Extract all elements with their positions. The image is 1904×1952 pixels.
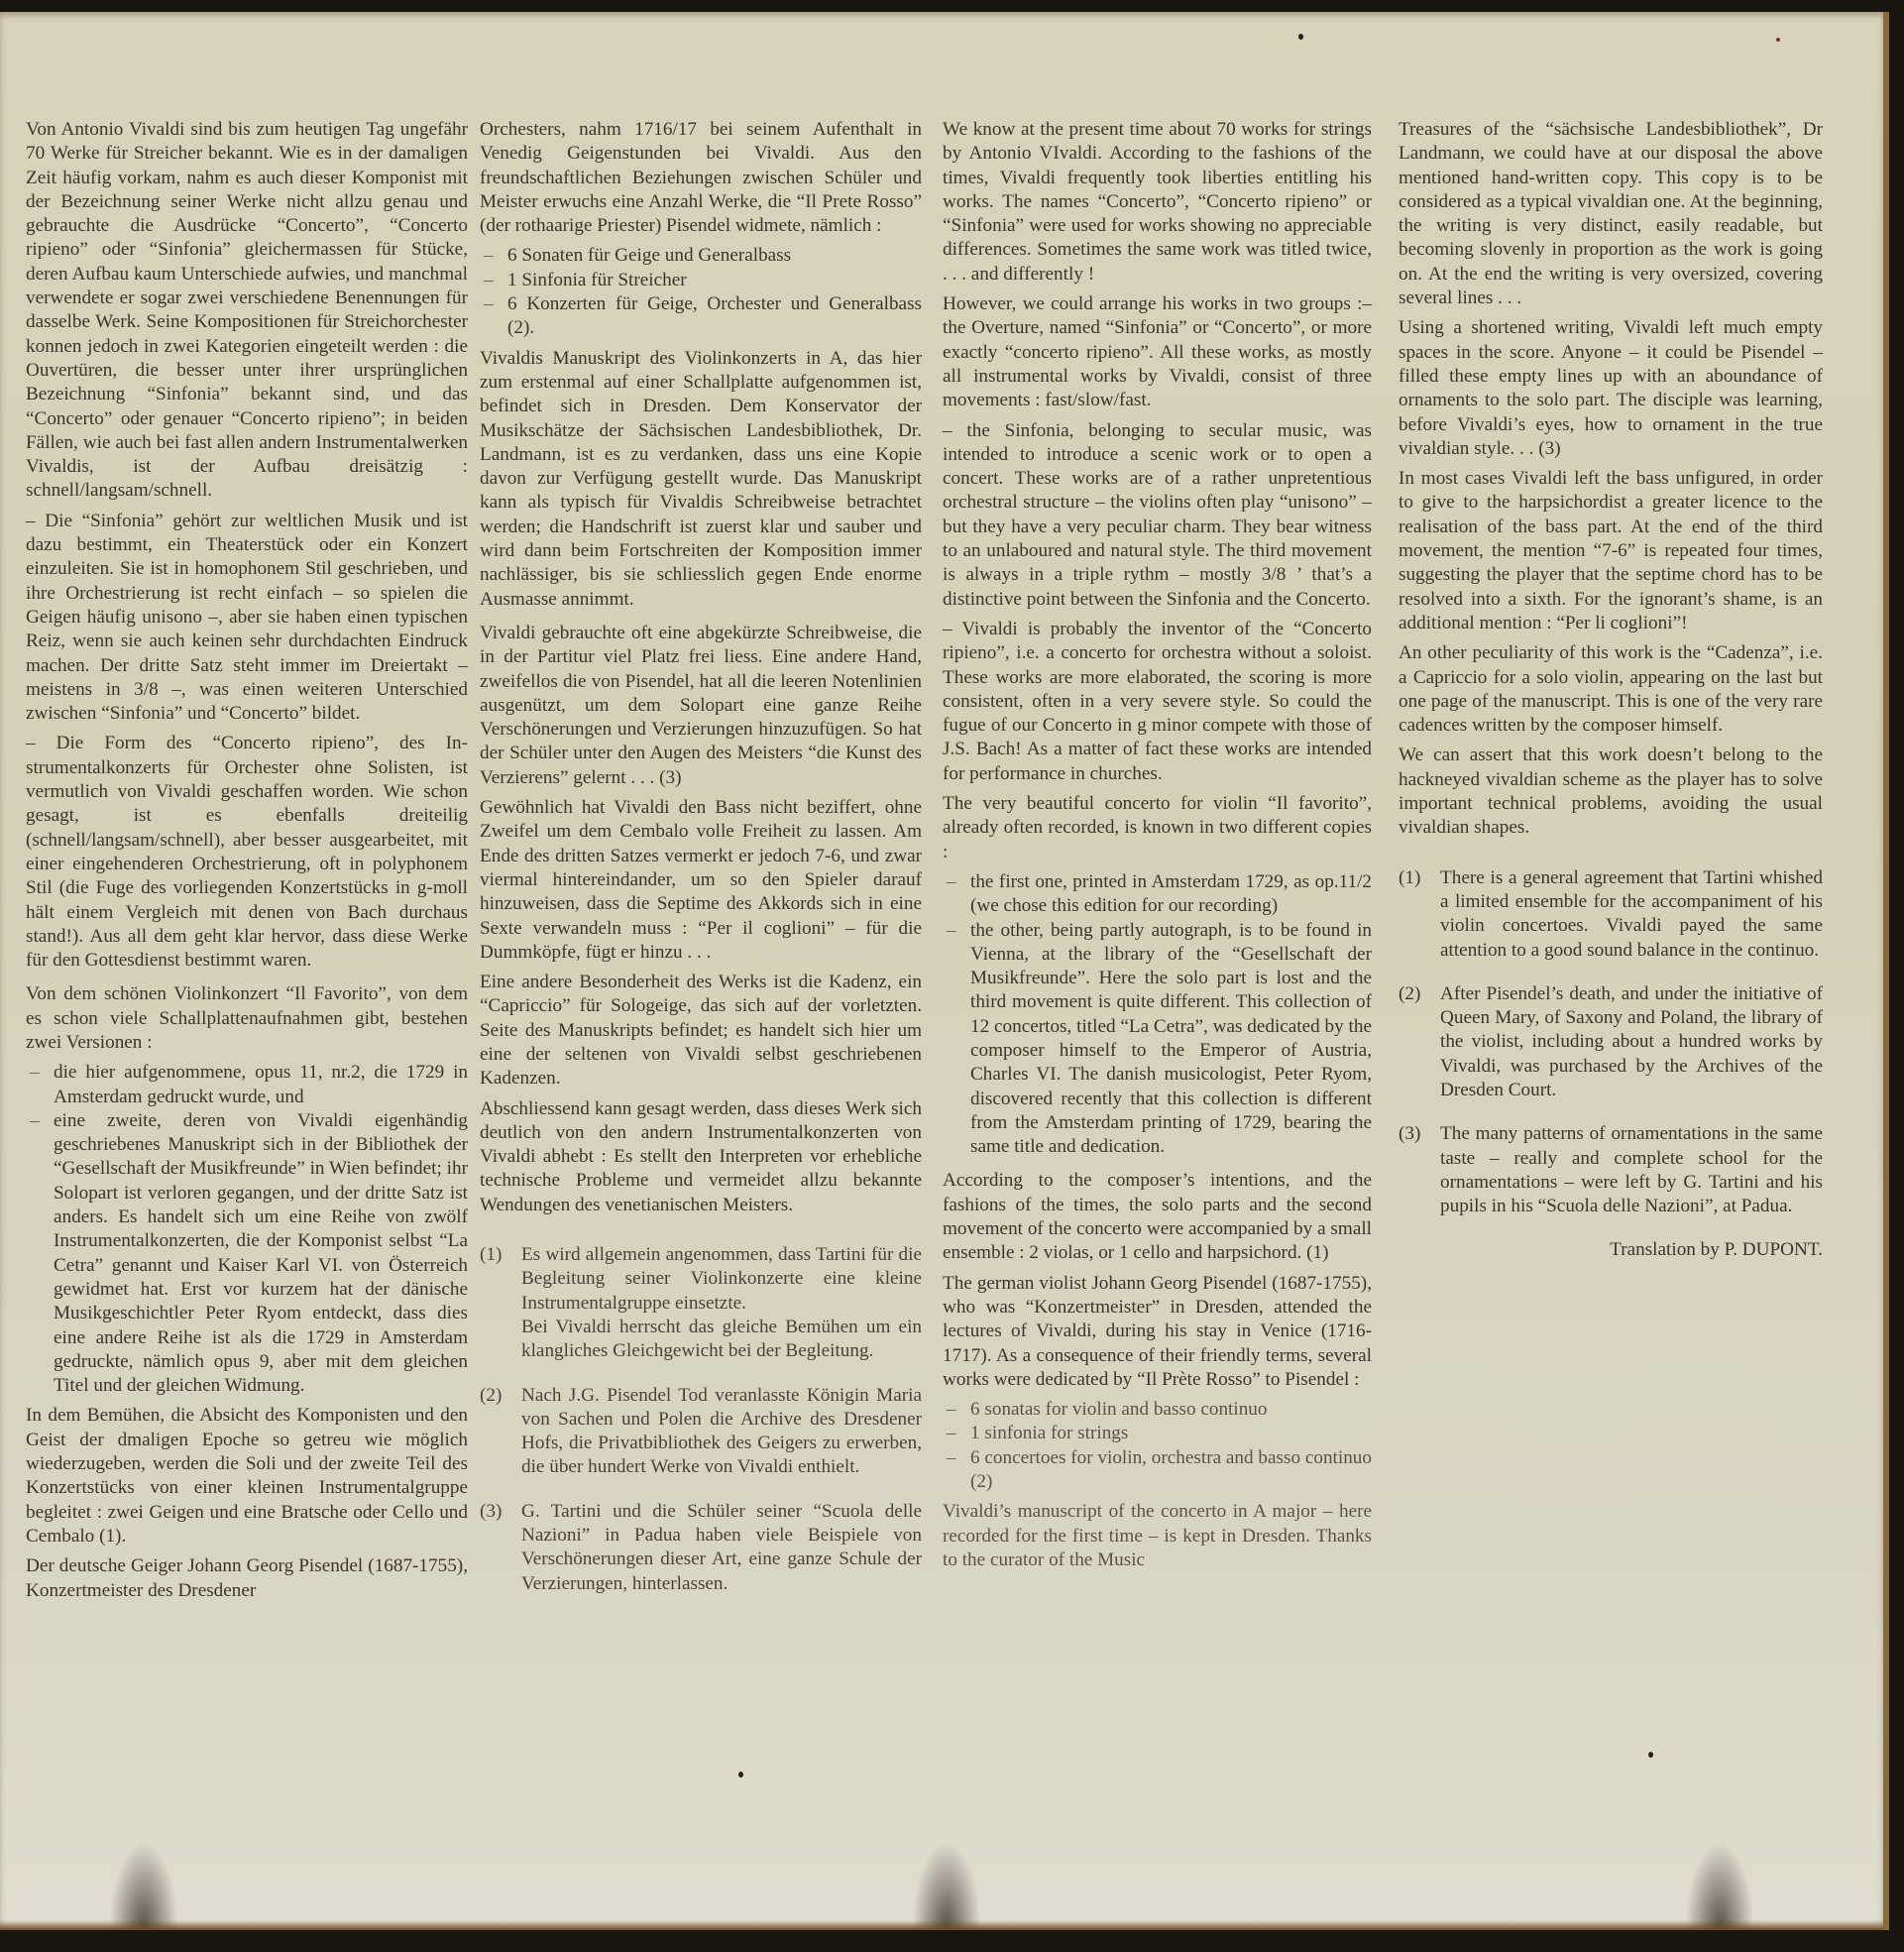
- footnote-text: Bei Vivaldi herrscht das gleiche Bemühen…: [521, 1317, 922, 1361]
- paragraph: Von Antonio Vivaldi sind bis zum heutige…: [26, 118, 468, 504]
- paragraph: We can assert that this work doesn’t bel…: [1399, 744, 1823, 840]
- copies-list: the first one, printed in Amsterdam 1729…: [943, 870, 1372, 1160]
- list-item: 1 Sinfonia für Streicher: [480, 269, 922, 292]
- list-item: 6 sonatas for violin and basso continuo: [943, 1398, 1372, 1422]
- paragraph: Orchesters, nahm 1716/17 bei seinem Aufe…: [480, 118, 922, 238]
- footnote-number: (3): [480, 1500, 521, 1596]
- list-item: eine zweite, deren von Vivaldi eigenhänd…: [26, 1109, 468, 1399]
- paragraph: The german violist Johann Georg Pisendel…: [943, 1272, 1372, 1392]
- list-item: 6 Konzerten für Geige, Orchester und Gen…: [480, 292, 922, 341]
- footnote-text: Es wird allgemein angenommen, dass Tarti…: [521, 1244, 922, 1314]
- paragraph: Using a shortened writing, Vivaldi left …: [1399, 316, 1823, 461]
- list-item: 1 sinfonia for strings: [943, 1422, 1372, 1445]
- footnote: (1) Es wird allgemein angenommen, dass T…: [480, 1243, 922, 1363]
- paragraph: Eine andere Besonderheit des Werks ist d…: [480, 971, 922, 1091]
- column-english-2: Treasures of the “sächsische Landesbibli…: [1399, 118, 1823, 1263]
- paragraph: Treasures of the “sächsische Landesbibli…: [1399, 118, 1823, 310]
- footnotes-german: (1) Es wird allgemein angenommen, dass T…: [480, 1243, 922, 1596]
- paragraph: According to the composer’s intentions, …: [943, 1169, 1372, 1265]
- list-item: 6 Sonaten für Geige und Generalbass: [480, 244, 922, 268]
- column-english-1: We know at the present time about 70 wor…: [943, 118, 1372, 1578]
- footnote-text: The many patterns of ornamentations in t…: [1440, 1122, 1823, 1218]
- footnote-text: After Pisendel’s death, and under the in…: [1440, 982, 1823, 1102]
- translation-credit: Translation by P. DUPONT.: [1399, 1238, 1823, 1262]
- column-german-2: Orchesters, nahm 1716/17 bei seinem Aufe…: [480, 118, 922, 1616]
- footnote: (2) After Pisendel’s death, and under th…: [1399, 982, 1823, 1102]
- paragraph: – Die Form des “Concerto ripieno”, des I…: [26, 732, 468, 973]
- liner-notes-page: Von Antonio Vivaldi sind bis zum heutige…: [0, 12, 1889, 1930]
- footnote-number: (1): [1399, 866, 1440, 963]
- speck-mark: [1648, 1752, 1653, 1758]
- paragraph: Gewöhnlich hat Vivaldi den Bass nicht be…: [480, 796, 922, 965]
- paragraph: – the Sinfonia, belonging to secular mus…: [943, 419, 1372, 612]
- paragraph: Vivaldi gebrauchte oft eine abgekürzte S…: [480, 622, 922, 790]
- footnote-text: There is a general agreement that Tartin…: [1440, 866, 1823, 963]
- footnote: (1) There is a general agreement that Ta…: [1399, 866, 1823, 963]
- paragraph: In most cases Vivaldi left the bass unfi…: [1399, 467, 1823, 635]
- footnote: (3) G. Tartini und die Schüler seiner “S…: [480, 1500, 922, 1596]
- list-item: the other, being partly autograph, is to…: [943, 919, 1372, 1160]
- list-item: the first one, printed in Amsterdam 1729…: [943, 870, 1372, 919]
- footnote-text: Nach J.G. Pisendel Tod veranlasste Köni­…: [521, 1384, 922, 1480]
- works-list: 6 sonatas for violin and basso continuo …: [943, 1398, 1372, 1494]
- footnote-text: G. Tartini und die Schüler seiner “Scuol…: [521, 1500, 922, 1596]
- paragraph: An other peculiarity of this work is the…: [1399, 641, 1823, 738]
- speck-mark: [1776, 38, 1780, 42]
- footnote-number: (1): [480, 1243, 521, 1363]
- footnote: (2) Nach J.G. Pisendel Tod veranlasste K…: [480, 1384, 922, 1480]
- paragraph: Vivaldis Manuskript des Violinkonzerts i…: [480, 347, 922, 612]
- paragraph: However, we could arrange his works in t…: [943, 292, 1372, 412]
- paragraph: Vivaldi’s manuscript of the concerto in …: [943, 1500, 1372, 1572]
- paragraph: In dem Bemühen, die Absicht des Komponis…: [26, 1404, 468, 1549]
- versions-list: die hier aufgenommene, opus 11, nr.2, di…: [26, 1061, 468, 1398]
- paragraph: We know at the present time about 70 wor…: [943, 118, 1372, 287]
- footnote: (3) The many patterns of ornamentations …: [1399, 1122, 1823, 1218]
- clip-shadow: [1685, 1841, 1754, 1930]
- speck-mark: [738, 1772, 743, 1778]
- footnote-number: (2): [480, 1384, 521, 1480]
- speck-mark: [1298, 34, 1303, 40]
- paragraph: Von dem schönen Violinkonzert “Il Favori…: [26, 982, 468, 1055]
- paragraph: Abschliessend kann gesagt werden, dass d…: [480, 1097, 922, 1217]
- list-item: die hier aufgenommene, opus 11, nr.2, di…: [26, 1061, 468, 1109]
- clip-shadow: [912, 1841, 981, 1930]
- clip-shadow: [109, 1841, 178, 1930]
- paragraph: Der deutsche Geiger Johann Georg Pisende…: [26, 1554, 468, 1603]
- list-item: 6 concertoes for violin, orchestra and b…: [943, 1446, 1372, 1495]
- column-german-1: Von Antonio Vivaldi sind bis zum heutige…: [26, 118, 468, 1609]
- footnote-number: (3): [1399, 1122, 1440, 1218]
- works-list: 6 Sonaten für Geige und Generalbass 1 Si…: [480, 244, 922, 340]
- paragraph: – Vivaldi is probably the inventor of th…: [943, 618, 1372, 786]
- paragraph: The very beautiful concerto for violin “…: [943, 792, 1372, 864]
- footnote-number: (2): [1399, 982, 1440, 1102]
- footnotes-english: (1) There is a general agreement that Ta…: [1399, 866, 1823, 1263]
- paragraph: – Die “Sinfonia” gehört zur weltlichen M…: [26, 510, 468, 727]
